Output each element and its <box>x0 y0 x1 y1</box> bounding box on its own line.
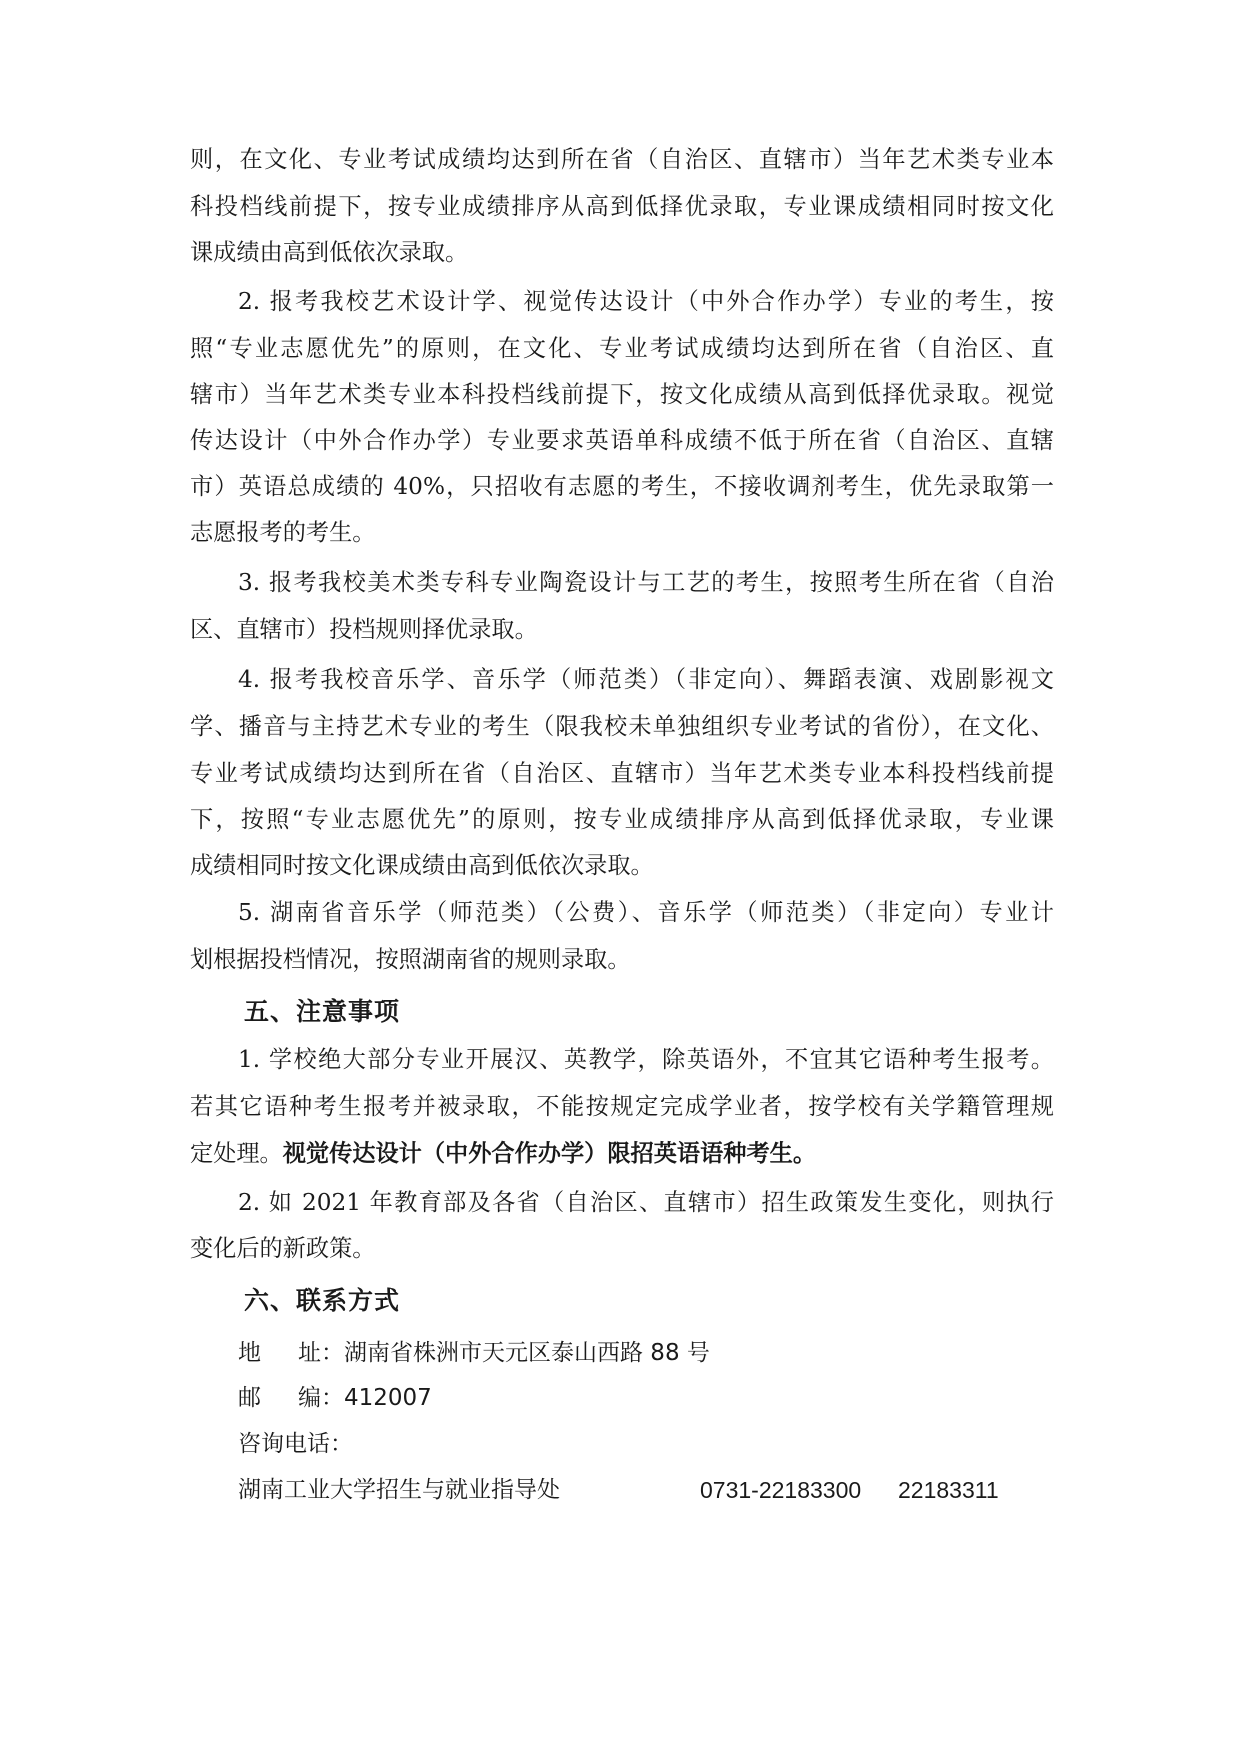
contact-postcode: 邮编：412007 <box>238 1376 432 1420</box>
paragraph-line: 成绩相同时按文化课成绩由高到低依次录取。 <box>190 843 1054 889</box>
postcode-value: 412007 <box>344 1385 432 1411</box>
paragraph-line: 变化后的新政策。 <box>190 1226 1054 1272</box>
address-label-a: 地 <box>238 1331 298 1375</box>
contact-phone-label: 咨询电话： <box>238 1422 353 1466</box>
paragraph-line: 学、播音与主持艺术专业的考生（限我校未单独组织专业考试的省份），在文化、 <box>190 704 1054 750</box>
paragraph-line: 1. 学校绝大部分专业开展汉、英教学，除英语外，不宜其它语种考生报考。 <box>238 1037 1054 1083</box>
paragraph-line: 市）英语总成绩的 40%，只招收有志愿的考生，不接收调剂考生，优先录取第一 <box>190 464 1054 510</box>
paragraph-line: 5. 湖南省音乐学（师范类）（公费）、音乐学（师范类）（非定向）专业计 <box>238 890 1054 936</box>
paragraph-line: 课成绩由高到低依次录取。 <box>190 230 1054 276</box>
office-phone-secondary: 22183311 <box>898 1468 999 1512</box>
paragraph-line: 照“专业志愿优先”的原则，在文化、专业考试成绩均达到所在省（自治区、直 <box>190 326 1054 372</box>
paragraph-line: 传达设计（中外合作办学）专业要求英语单科成绩不低于所在省（自治区、直辖 <box>190 418 1054 464</box>
address-value: 湖南省株洲市天元区泰山西路 88 号 <box>344 1340 710 1366</box>
paragraph-line: 辖市）当年艺术类专业本科投档线前提下，按文化成绩从高到低择优录取。视觉 <box>190 372 1054 418</box>
paragraph-line: 定处理。视觉传达设计（中外合作办学）限招英语语种考生。 <box>190 1131 1054 1177</box>
paragraph-line: 4. 报考我校音乐学、音乐学（师范类）（非定向）、舞蹈表演、戏剧影视文 <box>238 657 1054 703</box>
paragraph-line: 2. 报考我校艺术设计学、视觉传达设计（中外合作办学）专业的考生，按 <box>238 279 1054 325</box>
paragraph-line: 2. 如 2021 年教育部及各省（自治区、直辖市）招生政策发生变化，则执行 <box>238 1180 1054 1226</box>
paragraph-line: 若其它语种考生报考并被录取，不能按规定完成学业者，按学校有关学籍管理规 <box>190 1084 1054 1130</box>
address-label-b: 址： <box>298 1331 344 1375</box>
paragraph-line: 3. 报考我校美术类专科专业陶瓷设计与工艺的考生，按照考生所在省（自治 <box>238 560 1054 606</box>
paragraph-line: 下，按照“专业志愿优先”的原则，按专业成绩排序从高到低择优录取，专业课 <box>190 797 1054 843</box>
paragraph-line: 专业考试成绩均达到所在省（自治区、直辖市）当年艺术类专业本科投档线前提 <box>190 751 1054 797</box>
section-heading-contact: 六、联系方式 <box>244 1276 400 1326</box>
english-only-notice: 视觉传达设计（中外合作办学）限招英语语种考生。 <box>283 1140 816 1167</box>
office-name: 湖南工业大学招生与就业指导处 <box>238 1468 560 1512</box>
paragraph-line: 区、直辖市）投档规则择优录取。 <box>190 607 1054 653</box>
postcode-label-b: 编： <box>298 1376 344 1420</box>
document-page: 则，在文化、专业考试成绩均达到所在省（自治区、直辖市）当年艺术类专业本 科投档线… <box>0 0 1240 1754</box>
contact-address: 地址：湖南省株洲市天元区泰山西路 88 号 <box>238 1331 710 1375</box>
section-heading-notes: 五、注意事项 <box>244 987 400 1037</box>
paragraph-line: 则，在文化、专业考试成绩均达到所在省（自治区、直辖市）当年艺术类专业本 <box>190 137 1054 183</box>
paragraph-line: 科投档线前提下，按专业成绩排序从高到低择优录取，专业课成绩相同时按文化 <box>190 184 1054 230</box>
note-text: 定处理。 <box>190 1140 283 1167</box>
postcode-label-a: 邮 <box>238 1376 298 1420</box>
paragraph-line: 划根据投档情况，按照湖南省的规则录取。 <box>190 937 1054 983</box>
paragraph-line: 志愿报考的考生。 <box>190 510 1054 556</box>
office-phone-primary: 0731-22183300 <box>700 1468 861 1512</box>
